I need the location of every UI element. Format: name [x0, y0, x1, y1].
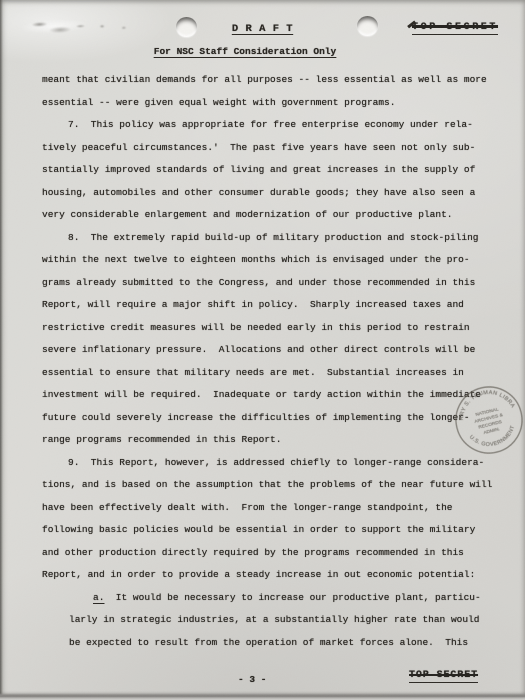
page-bottom-edge: [0, 691, 525, 700]
document-body: meant that civilian demands for all purp…: [42, 69, 512, 654]
text-line: larly in strategic industries, at a subs…: [42, 609, 512, 632]
text-line: and other production directly required b…: [42, 542, 512, 565]
text-line: essential -- were given equal weight wit…: [42, 92, 512, 115]
top-secret-stamp-bottom: TOP SECRET: [409, 670, 478, 683]
text-line: 8. The extremely rapid build-up of milit…: [42, 227, 512, 250]
draft-heading: D R A F T: [0, 23, 525, 35]
text-line: have been effectively dealt with. From t…: [42, 497, 512, 520]
text-line: meant that civilian demands for all purp…: [42, 69, 512, 92]
text-line: stantially improved standards of living …: [42, 159, 512, 182]
text-line: within the next twelve to eighteen month…: [42, 249, 512, 272]
text-line: future could severely increase the diffi…: [42, 407, 512, 430]
nsc-staff-note-text: For NSC Staff Consideration Only: [154, 46, 336, 57]
text-line: restrictive credit measures will be need…: [42, 317, 512, 340]
text-line: Report, will require a major shift in po…: [42, 294, 512, 317]
text-line: 9. This Report, however, is addressed ch…: [42, 452, 512, 475]
text-line: tively peaceful circumstances.' The past…: [42, 137, 512, 160]
page-number: - 3 -: [238, 674, 267, 685]
text-line: very considerable enlargement and modern…: [42, 204, 512, 227]
text-line: following basic policies would be essent…: [42, 519, 512, 542]
text-line: tions, and is based on the assumption th…: [42, 474, 512, 497]
document-page: TOP SECRET D R A F T For NSC Staff Consi…: [0, 0, 525, 700]
text-line: grams already submitted to the Congress,…: [42, 272, 512, 295]
page-left-edge: [0, 0, 3, 700]
draft-label: D R A F T: [232, 23, 293, 35]
top-secret-text-bottom: TOP SECRET: [409, 670, 478, 681]
text-line: be expected to result from the operation…: [42, 632, 512, 655]
text-line: investment will be required. Inadequate …: [42, 384, 512, 407]
text-line: Report, and in order to provide a steady…: [42, 564, 512, 587]
text-line: a. It would be necessary to increase our…: [42, 587, 512, 610]
text-line: 7. This policy was appropriate for free …: [42, 114, 512, 137]
text-line: essential to ensure that military needs …: [42, 362, 512, 385]
nsc-staff-note: For NSC Staff Consideration Only: [0, 46, 490, 57]
subparagraph-letter: a.: [93, 592, 104, 603]
text-line: range programs recommended in this Repor…: [42, 429, 512, 452]
text-line: severe inflationary pressure. Allocation…: [42, 339, 512, 362]
text-line: housing, automobiles and other consumer …: [42, 182, 512, 205]
